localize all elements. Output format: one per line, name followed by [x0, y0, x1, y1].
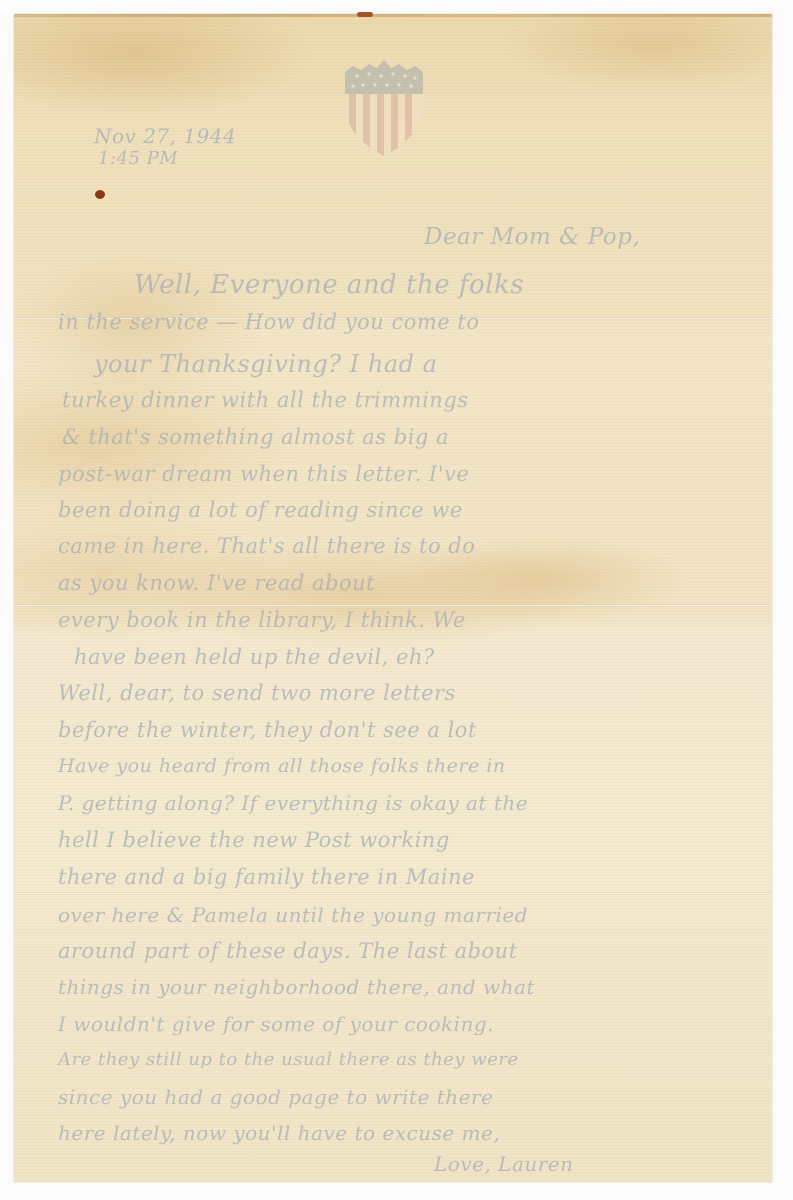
us-shield-icon — [343, 60, 425, 156]
letter-line: every book in the library, I think. We — [58, 608, 466, 632]
salutation: Dear Mom & Pop, — [424, 224, 640, 250]
letter-line: Well, dear, to send two more letters — [58, 681, 456, 705]
letter-line: have been held up the devil, eh? — [74, 645, 435, 669]
letter-line: since you had a good page to write there — [58, 1085, 493, 1109]
letter-line: been doing a lot of reading since we — [58, 498, 463, 522]
fold-crease — [14, 604, 772, 607]
letter-line: turkey dinner with all the trimmings — [62, 388, 469, 412]
paper-top-edge — [14, 14, 772, 17]
letter-line: here lately, now you'll have to excuse m… — [58, 1121, 500, 1145]
letter-line: came in here. That's all there is to do — [58, 534, 475, 558]
rust-spot — [95, 190, 105, 199]
letter-line: over here & Pamela until the young marri… — [58, 903, 528, 927]
letter-line: things in your neighborhood there, and w… — [58, 975, 535, 999]
letter-time: 1:45 PM — [98, 148, 178, 169]
letter-date: Nov 27, 1944 — [94, 124, 236, 148]
letter-line: Have you heard from all those folks ther… — [58, 755, 506, 777]
letter-line: in the service — How did you come to — [58, 310, 479, 334]
letter-line: & that's something almost as big a — [62, 425, 449, 449]
letter-line: hell I believe the new Post working — [58, 828, 450, 852]
letter-line: there and a big family there in Maine — [58, 865, 475, 889]
letter-line: your Thanksgiving? I had a — [94, 350, 437, 378]
letter-line: Well, Everyone and the folks — [134, 270, 524, 300]
letter-line: Are they still up to the usual there as … — [58, 1049, 519, 1070]
letter-line: I wouldn't give for some of your cooking… — [58, 1012, 494, 1036]
letter-line: as you know. I've read about — [58, 571, 375, 595]
fold-crease — [14, 892, 772, 895]
letter-page: Nov 27, 1944 1:45 PM Dear Mom & Pop, Wel… — [14, 14, 772, 1182]
rust-spot — [357, 12, 373, 17]
letter-closing: Love, Lauren — [434, 1152, 574, 1176]
letter-line: P. getting along? If everything is okay … — [58, 791, 528, 815]
letter-line: around part of these days. The last abou… — [58, 939, 518, 963]
letter-line: post-war dream when this letter. I've — [58, 462, 469, 486]
letter-line: before the winter, they don't see a lot — [58, 718, 477, 742]
